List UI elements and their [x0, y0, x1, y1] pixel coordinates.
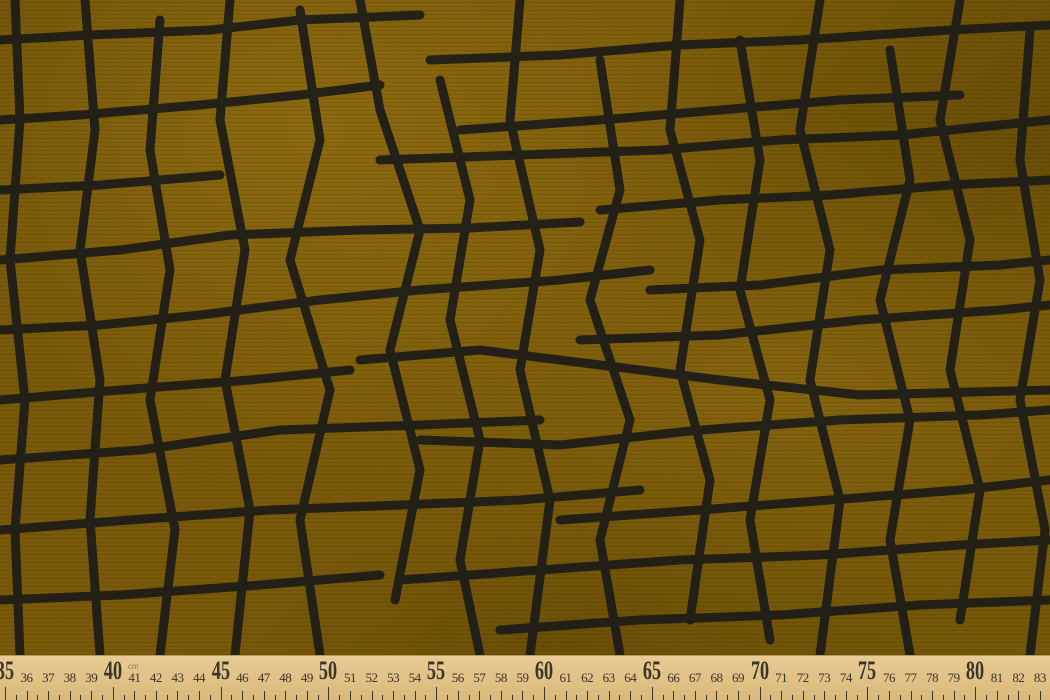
ruler-half-tick	[706, 695, 707, 700]
ruler-tick	[781, 691, 782, 700]
ruler-number: 47	[258, 670, 270, 686]
ruler-number: 73	[818, 670, 830, 686]
ruler-number: 66	[667, 670, 679, 686]
ruler-tick	[673, 691, 674, 700]
ruler-tick	[415, 691, 416, 700]
ruler-tick	[652, 687, 653, 700]
ruler-tick	[436, 687, 437, 700]
ruler-number: 80	[966, 656, 984, 686]
ruler-tick	[630, 691, 631, 700]
ruler-number: 55	[427, 656, 445, 686]
ruler-tick	[91, 691, 92, 700]
ruler-number: 76	[883, 670, 895, 686]
ruler-half-tick	[80, 695, 81, 700]
ruler-number: 52	[366, 670, 378, 686]
ruler-number: 75	[858, 656, 876, 686]
ruler-half-tick	[792, 695, 793, 700]
ruler-half-tick	[296, 695, 297, 700]
ruler-half-tick	[318, 695, 319, 700]
ruler-tick	[587, 691, 588, 700]
ruler-tick	[501, 691, 502, 700]
ruler-half-tick	[900, 695, 901, 700]
ruler-number: 64	[624, 670, 636, 686]
ruler-half-tick	[749, 695, 750, 700]
ruler-half-tick	[576, 695, 577, 700]
ruler-tick	[544, 687, 545, 700]
ruler-tick	[479, 691, 480, 700]
ruler-half-tick	[16, 695, 17, 700]
ruler-number: 68	[710, 670, 722, 686]
ruler-half-tick	[361, 695, 362, 700]
ruler-half-tick	[1008, 695, 1009, 700]
ruler-half-tick	[964, 695, 965, 700]
ruler-tick	[975, 687, 976, 700]
ruler-number: 69	[732, 670, 744, 686]
ruler-tick	[1040, 691, 1041, 700]
ruler-number: 62	[581, 670, 593, 686]
ruler-half-tick	[124, 695, 125, 700]
ruler-tick	[113, 687, 114, 700]
ruler-tick	[350, 691, 351, 700]
ruler-half-tick	[231, 695, 232, 700]
ruler-half-tick	[684, 695, 685, 700]
ruler-number: 82	[1012, 670, 1024, 686]
velvet-fabric-photo	[0, 0, 1050, 655]
ruler-number: 53	[387, 670, 399, 686]
ruler-tick	[264, 691, 265, 700]
ruler-half-tick	[986, 695, 987, 700]
ruler-half-tick	[59, 695, 60, 700]
ruler-tick	[824, 691, 825, 700]
ruler-tick	[997, 691, 998, 700]
ruler-tick	[716, 691, 717, 700]
ruler-half-tick	[210, 695, 211, 700]
ruler-tick	[760, 687, 761, 700]
ruler-tick	[156, 691, 157, 700]
ruler-half-tick	[770, 695, 771, 700]
ruler-tick	[27, 691, 28, 700]
ruler-tick	[1018, 691, 1019, 700]
ruler-tick	[199, 691, 200, 700]
ruler-number: 35	[0, 656, 14, 686]
ruler-tick	[566, 691, 567, 700]
ruler-number: 57	[473, 670, 485, 686]
ruler-tick	[695, 691, 696, 700]
ruler-number: 42	[150, 670, 162, 686]
ruler-number: 51	[344, 670, 356, 686]
ruler-tick	[48, 691, 49, 700]
ruler-half-tick	[921, 695, 922, 700]
ruler-half-tick	[469, 695, 470, 700]
ruler-half-tick	[490, 695, 491, 700]
ruler-number: 40	[104, 656, 122, 686]
ruler-half-tick	[275, 695, 276, 700]
ruler-number: 45	[211, 656, 229, 686]
ruler-half-tick	[382, 695, 383, 700]
ruler-half-tick	[512, 695, 513, 700]
ruler-tick	[372, 691, 373, 700]
ruler-number: 49	[301, 670, 313, 686]
ruler-half-tick	[1029, 695, 1030, 700]
ruler-half-tick	[598, 695, 599, 700]
ruler-number: 61	[560, 670, 572, 686]
ruler-number: 58	[495, 670, 507, 686]
ruler-number: 37	[42, 670, 54, 686]
ruler-number: 50	[319, 656, 337, 686]
ruler-number: 48	[279, 670, 291, 686]
measuring-ruler: cm 3536373839404142434445464748495051525…	[0, 655, 1050, 700]
ruler-number: 56	[452, 670, 464, 686]
ruler-number: 41	[128, 670, 140, 686]
ruler-tick	[867, 687, 868, 700]
ruler-tick	[70, 691, 71, 700]
ruler-half-tick	[814, 695, 815, 700]
ruler-half-tick	[663, 695, 664, 700]
ruler-half-tick	[339, 695, 340, 700]
ruler-tick	[954, 691, 955, 700]
ruler-tick	[609, 691, 610, 700]
ruler-tick	[307, 691, 308, 700]
ruler-number: 36	[21, 670, 33, 686]
ruler-half-tick	[857, 695, 858, 700]
ruler-half-tick	[533, 695, 534, 700]
ruler-number: 44	[193, 670, 205, 686]
ruler-half-tick	[447, 695, 448, 700]
ruler-half-tick	[145, 695, 146, 700]
ruler-half-tick	[253, 695, 254, 700]
ruler-number: 79	[948, 670, 960, 686]
ruler-half-tick	[641, 695, 642, 700]
ruler-number: 43	[171, 670, 183, 686]
ruler-tick	[458, 691, 459, 700]
ruler-half-tick	[102, 695, 103, 700]
ruler-half-tick	[425, 695, 426, 700]
ruler-number: 46	[236, 670, 248, 686]
ruler-number: 78	[926, 670, 938, 686]
ruler-number: 81	[991, 670, 1003, 686]
ruler-number: 39	[85, 670, 97, 686]
ruler-number: 63	[603, 670, 615, 686]
ruler-tick	[932, 691, 933, 700]
ruler-tick	[221, 687, 222, 700]
ruler-number: 38	[64, 670, 76, 686]
ruler-tick	[846, 691, 847, 700]
ruler-tick	[393, 691, 394, 700]
ruler-tick	[242, 691, 243, 700]
grid-pattern	[0, 0, 1050, 655]
ruler-half-tick	[727, 695, 728, 700]
ruler-number: 60	[535, 656, 553, 686]
ruler-tick	[134, 691, 135, 700]
ruler-tick	[285, 691, 286, 700]
ruler-tick	[177, 691, 178, 700]
ruler-half-tick	[404, 695, 405, 700]
ruler-tick	[803, 691, 804, 700]
ruler-number: 65	[643, 656, 661, 686]
ruler-half-tick	[878, 695, 879, 700]
ruler-number: 72	[797, 670, 809, 686]
ruler-tick	[889, 691, 890, 700]
ruler-half-tick	[943, 695, 944, 700]
ruler-half-tick	[619, 695, 620, 700]
ruler-number: 59	[516, 670, 528, 686]
ruler-tick	[328, 687, 329, 700]
ruler-half-tick	[167, 695, 168, 700]
ruler-number: 74	[840, 670, 852, 686]
ruler-tick	[522, 691, 523, 700]
ruler-tick	[911, 691, 912, 700]
ruler-number: 77	[905, 670, 917, 686]
ruler-half-tick	[188, 695, 189, 700]
ruler-half-tick	[835, 695, 836, 700]
ruler-number: 83	[1034, 670, 1046, 686]
ruler-number: 70	[750, 656, 768, 686]
ruler-tick	[738, 691, 739, 700]
ruler-number: 54	[409, 670, 421, 686]
ruler-half-tick	[555, 695, 556, 700]
ruler-half-tick	[37, 695, 38, 700]
ruler-number: 67	[689, 670, 701, 686]
ruler-number: 71	[775, 670, 787, 686]
ruler-tick	[5, 687, 6, 700]
